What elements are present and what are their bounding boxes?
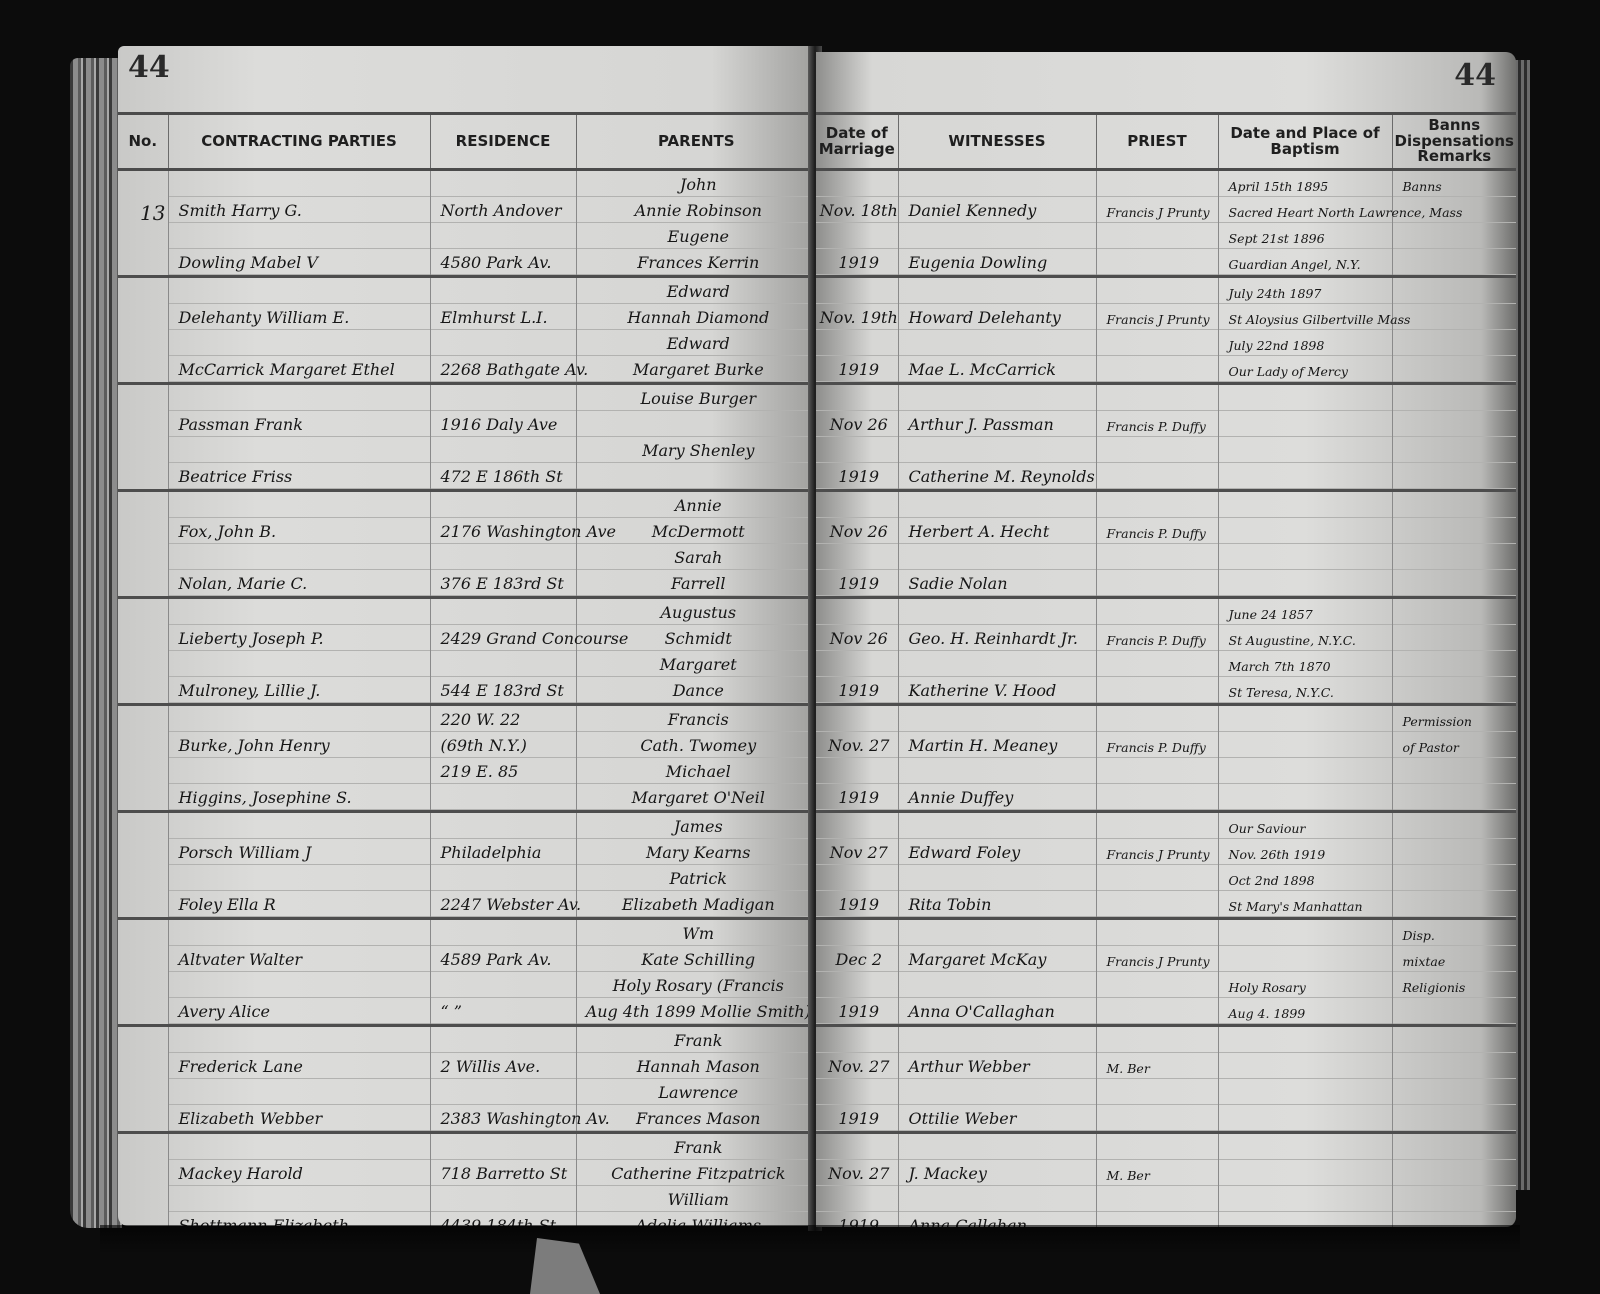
witnesses: Daniel KennedyEugenia Dowling (898, 170, 1096, 277)
contracting-parties-line (169, 437, 430, 463)
remarks-line: of Pastor (1393, 732, 1517, 758)
witnesses-line (899, 1134, 1096, 1160)
register-entry-left: Delehanty William E.McCarrick Margaret E… (118, 277, 816, 384)
entry-number-text (118, 385, 168, 489)
contracting-parties-line (169, 223, 430, 249)
date-of-marriage-line (816, 223, 898, 249)
priest-line (1097, 437, 1218, 463)
priest-line: Francis P. Duffy (1097, 411, 1218, 437)
parents-line: Michael (577, 758, 817, 784)
priest-line (1097, 865, 1218, 891)
parents-line: Edward (577, 278, 817, 304)
witnesses: Howard DelehantyMae L. McCarrick (898, 277, 1096, 384)
remarks-line (1393, 839, 1517, 865)
remarks (1392, 277, 1516, 384)
witnesses: Edward FoleyRita Tobin (898, 812, 1096, 919)
baptism-line (1219, 946, 1392, 972)
witnesses: J. MackeyAnna Callahan (898, 1133, 1096, 1228)
residence: Elmhurst L.I.2268 Bathgate Av. (430, 277, 576, 384)
date-of-marriage-line: Nov 26 (816, 625, 898, 651)
priest-line: Francis P. Duffy (1097, 625, 1218, 651)
date-of-marriage-line (816, 599, 898, 625)
priest-line: Francis J Prunty (1097, 197, 1218, 223)
date-of-marriage-line: Nov. 27 (816, 732, 898, 758)
baptism-line: Our Saviour (1219, 813, 1392, 839)
date-of-marriage-line (816, 813, 898, 839)
entry-number (118, 919, 168, 1026)
date-of-marriage-line (816, 920, 898, 946)
remarks-line (1393, 651, 1517, 677)
contracting-parties-line (169, 330, 430, 356)
witnesses-line: Geo. H. Reinhardt Jr. (899, 625, 1096, 651)
entry-number (118, 1133, 168, 1227)
ledger-right: Date of Marriage WITNESSES PRIEST Date a… (816, 112, 1516, 1227)
priest-line (1097, 492, 1218, 518)
witnesses: Arthur J. PassmanCatherine M. Reynolds (898, 384, 1096, 491)
page-bottom-shadow (100, 1225, 1520, 1255)
date-of-marriage-line (816, 758, 898, 784)
contracting-parties-line (169, 171, 430, 197)
parents-line: Kate Schilling (577, 946, 817, 972)
parents-line: Holy Rosary (Francis (577, 972, 817, 998)
header-remarks: Banns Dispensations Remarks (1392, 114, 1516, 170)
remarks-line (1393, 356, 1517, 382)
remarks-line (1393, 330, 1517, 356)
baptism (1218, 1026, 1392, 1133)
contracting-parties-line: Burke, John Henry (169, 732, 430, 758)
priest-line: Francis P. Duffy (1097, 732, 1218, 758)
header-residence: RESIDENCE (430, 114, 576, 170)
residence-line: 472 E 186th St (431, 463, 576, 489)
contracting-parties-line (169, 1079, 430, 1105)
contracting-parties: Fox, John B.Nolan, Marie C. (168, 491, 430, 598)
contracting-parties-line: Mulroney, Lillie J. (169, 677, 430, 703)
residence-line (431, 492, 576, 518)
contracting-parties-line: Elizabeth Webber (169, 1105, 430, 1131)
date-of-marriage-line: Nov. 27 (816, 1053, 898, 1079)
residence-line: Philadelphia (431, 839, 576, 865)
baptism-line: Oct 2nd 1898 (1219, 865, 1392, 891)
priest-line (1097, 599, 1218, 625)
entry-number (118, 491, 168, 598)
residence-line: 376 E 183rd St (431, 570, 576, 596)
parents: FrankHannah MasonLawrenceFrances Mason (576, 1026, 816, 1133)
date-of-marriage-line: Nov 27 (816, 839, 898, 865)
priest-line (1097, 1105, 1218, 1131)
register-entry-right: Nov. 271919J. MackeyAnna CallahanM. Ber (816, 1133, 1516, 1228)
priest-line: Francis P. Duffy (1097, 518, 1218, 544)
register-entry-left: 13Smith Harry G.Dowling Mabel VNorth And… (118, 170, 816, 277)
parents-line: Annie Robinson (577, 197, 817, 223)
remarks (1392, 598, 1516, 705)
baptism-line (1219, 784, 1392, 810)
register-entry-right: Nov 271919Edward FoleyRita TobinFrancis … (816, 812, 1516, 919)
residence: Philadelphia2247 Webster Av. (430, 812, 576, 919)
priest: Francis P. Duffy (1096, 491, 1218, 598)
residence-line: (69th N.Y.) (431, 732, 576, 758)
priest-line (1097, 706, 1218, 732)
residence-line: 718 Barretto St (431, 1160, 576, 1186)
contracting-parties-line: Smith Harry G. (169, 197, 430, 223)
page-edges (70, 58, 122, 1228)
priest: Francis J Prunty (1096, 170, 1218, 277)
contracting-parties-line (169, 492, 430, 518)
residence-line (431, 385, 576, 411)
witnesses-line: J. Mackey (899, 1160, 1096, 1186)
baptism: Holy RosaryAug 4. 1899 (1218, 919, 1392, 1026)
priest-line (1097, 677, 1218, 703)
header-contracting-parties: CONTRACTING PARTIES (168, 114, 430, 170)
parents-line: Margaret O'Neil (577, 784, 817, 810)
remarks-line (1393, 463, 1517, 489)
contracting-parties-line (169, 599, 430, 625)
witnesses-line: Anna O'Callaghan (899, 998, 1096, 1024)
left-page: 44 No. CONTRACTING PARTIES RESIDENCE PAR… (118, 46, 816, 1226)
baptism-line: Guardian Angel, N.Y. (1219, 249, 1392, 275)
residence-line: 1916 Daly Ave (431, 411, 576, 437)
parents-line: Catherine Fitzpatrick (577, 1160, 817, 1186)
witnesses-line: Katherine V. Hood (899, 677, 1096, 703)
parents-line: Frank (577, 1027, 817, 1053)
witnesses-line (899, 706, 1096, 732)
residence-line: 4580 Park Av. (431, 249, 576, 275)
entry-number (118, 384, 168, 491)
contracting-parties-line (169, 920, 430, 946)
witnesses-line (899, 813, 1096, 839)
date-of-marriage-line: 1919 (816, 1105, 898, 1131)
contracting-parties: Delehanty William E.McCarrick Margaret E… (168, 277, 430, 384)
residence: 2176 Washington Ave376 E 183rd St (430, 491, 576, 598)
priest-line (1097, 544, 1218, 570)
contracting-parties-line: Delehanty William E. (169, 304, 430, 330)
parents-line: Francis (577, 706, 817, 732)
remarks (1392, 491, 1516, 598)
baptism-line (1219, 385, 1392, 411)
baptism-line: St Aloysius Gilbertville Mass (1219, 304, 1392, 330)
priest-line (1097, 1079, 1218, 1105)
witnesses-line (899, 544, 1096, 570)
parents-line: Farrell (577, 570, 817, 596)
entry-number-text (118, 1134, 168, 1226)
date-of-marriage-line (816, 437, 898, 463)
date-of-marriage-line (816, 1134, 898, 1160)
witnesses-line (899, 437, 1096, 463)
witnesses-line (899, 278, 1096, 304)
residence-line (431, 1027, 576, 1053)
register-entry-left: Passman FrankBeatrice Friss1916 Daly Ave… (118, 384, 816, 491)
contracting-parties-line: Porsch William J (169, 839, 430, 865)
contracting-parties: Frederick LaneElizabeth Webber (168, 1026, 430, 1133)
entry-number-text (118, 492, 168, 596)
baptism-line (1219, 1186, 1392, 1212)
date-of-marriage-line (816, 1079, 898, 1105)
baptism: Our SaviourNov. 26th 1919Oct 2nd 1898St … (1218, 812, 1392, 919)
parents-line: James (577, 813, 817, 839)
parents-line: Margaret (577, 651, 817, 677)
register-entry-left: Mackey HaroldShottmann Elizabeth718 Barr… (118, 1133, 816, 1227)
baptism (1218, 491, 1392, 598)
register-entry-right: Nov 261919Herbert A. HechtSadie NolanFra… (816, 491, 1516, 598)
remarks-line (1393, 249, 1517, 275)
residence-line: 4589 Park Av. (431, 946, 576, 972)
parents-line: Elizabeth Madigan (577, 891, 817, 917)
witnesses-line: Margaret McKay (899, 946, 1096, 972)
register-entry-left: Lieberty Joseph P.Mulroney, Lillie J.242… (118, 598, 816, 705)
baptism-line (1219, 1079, 1392, 1105)
residence-line (431, 223, 576, 249)
residence-line: 2383 Washington Av. (431, 1105, 576, 1131)
priest: Francis J Prunty (1096, 812, 1218, 919)
priest-line (1097, 570, 1218, 596)
witnesses-line: Daniel Kennedy (899, 197, 1096, 223)
date-of-marriage-line: 1919 (816, 998, 898, 1024)
witnesses: Herbert A. HechtSadie Nolan (898, 491, 1096, 598)
residence-line (431, 330, 576, 356)
residence-line (431, 1134, 576, 1160)
register-entry-right: Nov. 271919Arthur WebberOttilie WeberM. … (816, 1026, 1516, 1133)
page-number-left: 44 (128, 50, 170, 85)
residence-line: 220 W. 22 (431, 706, 576, 732)
contracting-parties-line: McCarrick Margaret Ethel (169, 356, 430, 382)
residence-line (431, 544, 576, 570)
header-baptism: Date and Place of Baptism (1218, 114, 1392, 170)
priest-line (1097, 1186, 1218, 1212)
witnesses: Martin H. MeaneyAnnie Duffey (898, 705, 1096, 812)
priest-line (1097, 171, 1218, 197)
baptism-line (1219, 1105, 1392, 1131)
contracting-parties-line: Mackey Harold (169, 1160, 430, 1186)
parents-line: Mary Shenley (577, 437, 817, 463)
witnesses-line (899, 972, 1096, 998)
priest: Francis P. Duffy (1096, 705, 1218, 812)
remarks-line (1393, 1134, 1517, 1160)
register-entry-left: Fox, John B.Nolan, Marie C.2176 Washingt… (118, 491, 816, 598)
baptism-line (1219, 437, 1392, 463)
baptism-line: Sept 21st 1896 (1219, 223, 1392, 249)
baptism-line: Holy Rosary (1219, 972, 1392, 998)
priest: Francis P. Duffy (1096, 598, 1218, 705)
parents-line: Mary Kearns (577, 839, 817, 865)
residence-line: 2176 Washington Ave (431, 518, 576, 544)
baptism-line (1219, 1134, 1392, 1160)
parents-line: Louise Burger (577, 385, 817, 411)
baptism-line: July 22nd 1898 (1219, 330, 1392, 356)
parents-line: Margaret Burke (577, 356, 817, 382)
remarks-line (1393, 998, 1517, 1024)
parents-line: Eugene (577, 223, 817, 249)
parents: FrancisCath. TwomeyMichaelMargaret O'Nei… (576, 705, 816, 812)
contracting-parties-line: Fox, John B. (169, 518, 430, 544)
priest-line: Francis J Prunty (1097, 839, 1218, 865)
remarks-line (1393, 758, 1517, 784)
baptism-line: St Augustine, N.Y.C. (1219, 625, 1392, 651)
header-no: No. (118, 114, 168, 170)
residence-line (431, 171, 576, 197)
remarks-line (1393, 223, 1517, 249)
witnesses-line (899, 920, 1096, 946)
date-of-marriage-line: Nov 26 (816, 518, 898, 544)
priest-line: M. Ber (1097, 1053, 1218, 1079)
witnesses-line (899, 1027, 1096, 1053)
baptism-line (1219, 758, 1392, 784)
witnesses: Geo. H. Reinhardt Jr.Katherine V. Hood (898, 598, 1096, 705)
date-of-marriage-line: Dec 2 (816, 946, 898, 972)
baptism-line (1219, 706, 1392, 732)
contracting-parties-line (169, 1134, 430, 1160)
register-entry-left: Frederick LaneElizabeth Webber2 Willis A… (118, 1026, 816, 1133)
register-entry-right: Nov 261919Arthur J. PassmanCatherine M. … (816, 384, 1516, 491)
remarks-line (1393, 625, 1517, 651)
witnesses-line (899, 865, 1096, 891)
remarks-line (1393, 1027, 1517, 1053)
remarks-line (1393, 544, 1517, 570)
register-entry-left: Burke, John HenryHiggins, Josephine S.22… (118, 705, 816, 812)
baptism (1218, 384, 1392, 491)
priest-line (1097, 330, 1218, 356)
baptism-line: St Mary's Manhattan (1219, 891, 1392, 917)
baptism-line: St Teresa, N.Y.C. (1219, 677, 1392, 703)
residence-line (431, 865, 576, 891)
witnesses-line (899, 171, 1096, 197)
witnesses-line: Arthur Webber (899, 1053, 1096, 1079)
register-entry-right: Nov. 19th1919Howard DelehantyMae L. McCa… (816, 277, 1516, 384)
witnesses-line (899, 223, 1096, 249)
residence-line (431, 972, 576, 998)
priest-line: Francis J Prunty (1097, 946, 1218, 972)
remarks (1392, 1026, 1516, 1133)
baptism-line (1219, 463, 1392, 489)
baptism-line (1219, 544, 1392, 570)
residence-line: 2 Willis Ave. (431, 1053, 576, 1079)
priest-line (1097, 651, 1218, 677)
parents-line: Schmidt (577, 625, 817, 651)
baptism (1218, 1133, 1392, 1228)
date-of-marriage-line: 1919 (816, 891, 898, 917)
contracting-parties-line: Frederick Lane (169, 1053, 430, 1079)
baptism-line: Aug 4. 1899 (1219, 998, 1392, 1024)
priest-line (1097, 1027, 1218, 1053)
remarks-line (1393, 1079, 1517, 1105)
date-of-marriage-line (816, 972, 898, 998)
residence-line (431, 813, 576, 839)
witnesses-line (899, 330, 1096, 356)
residence: North Andover4580 Park Av. (430, 170, 576, 277)
remarks-line (1393, 1105, 1517, 1131)
priest-line (1097, 920, 1218, 946)
parents: WmKate SchillingHoly Rosary (FrancisAug … (576, 919, 816, 1026)
date-of-marriage-line (816, 330, 898, 356)
remarks-line: Banns (1393, 171, 1517, 197)
witnesses-line (899, 758, 1096, 784)
date-of-marriage-line: 1919 (816, 356, 898, 382)
entry-number: 13 (118, 170, 168, 277)
entry-number-text (118, 599, 168, 703)
register-entry-right: Nov. 271919Martin H. MeaneyAnnie DuffeyF… (816, 705, 1516, 812)
contracting-parties-line: Altvater Walter (169, 946, 430, 972)
remarks: Disp.mixtaeReligionis (1392, 919, 1516, 1026)
parents-line (577, 463, 817, 489)
entry-number-text (118, 278, 168, 382)
baptism-line (1219, 411, 1392, 437)
witnesses-line: Catherine M. Reynolds (899, 463, 1096, 489)
residence-line (431, 278, 576, 304)
date-of-marriage-line: 1919 (816, 677, 898, 703)
register-book: 44 No. CONTRACTING PARTIES RESIDENCE PAR… (0, 0, 1600, 1294)
remarks-line (1393, 518, 1517, 544)
baptism-line (1219, 518, 1392, 544)
baptism-line: March 7th 1870 (1219, 651, 1392, 677)
residence-line: 2247 Webster Av. (431, 891, 576, 917)
remarks-line: Religionis (1393, 972, 1517, 998)
baptism-line: Our Lady of Mercy (1219, 356, 1392, 382)
date-of-marriage: Nov 261919 (816, 491, 898, 598)
remarks-line (1393, 784, 1517, 810)
priest-line (1097, 385, 1218, 411)
contracting-parties-line (169, 1186, 430, 1212)
parents-line: John (577, 171, 817, 197)
residence: 2429 Grand Concourse544 E 183rd St (430, 598, 576, 705)
witnesses-line: Annie Duffey (899, 784, 1096, 810)
residence-line: 4439 184th St (431, 1212, 576, 1226)
residence-line: Elmhurst L.I. (431, 304, 576, 330)
date-of-marriage-line (816, 1027, 898, 1053)
baptism-line: April 15th 1895 (1219, 171, 1392, 197)
contracting-parties: Smith Harry G.Dowling Mabel V (168, 170, 430, 277)
parents: JamesMary KearnsPatrickElizabeth Madigan (576, 812, 816, 919)
date-of-marriage-line (816, 865, 898, 891)
entry-number (118, 1026, 168, 1133)
priest-line (1097, 223, 1218, 249)
contracting-parties-line (169, 651, 430, 677)
priest-line (1097, 758, 1218, 784)
date-of-marriage: Nov 261919 (816, 598, 898, 705)
baptism-line (1219, 920, 1392, 946)
header-parents: PARENTS (576, 114, 816, 170)
parents-line: Edward (577, 330, 817, 356)
residence: 2 Willis Ave.2383 Washington Av. (430, 1026, 576, 1133)
contracting-parties-line (169, 278, 430, 304)
date-of-marriage-line: 1919 (816, 784, 898, 810)
parents-line: William (577, 1186, 817, 1212)
residence-line (431, 920, 576, 946)
remarks-line (1393, 813, 1517, 839)
remarks-line (1393, 599, 1517, 625)
entry-number-text (118, 706, 168, 810)
entry-number (118, 812, 168, 919)
remarks-line (1393, 304, 1517, 330)
residence-line (431, 599, 576, 625)
parents-line: Wm (577, 920, 817, 946)
contracting-parties-line: Passman Frank (169, 411, 430, 437)
baptism-line: Sacred Heart North Lawrence, Mass (1219, 197, 1392, 223)
contracting-parties-line (169, 813, 430, 839)
residence-line (431, 784, 576, 810)
date-of-marriage-line: Nov 26 (816, 411, 898, 437)
witnesses-line: Ottilie Weber (899, 1105, 1096, 1131)
header-date-of-marriage: Date of Marriage (816, 114, 898, 170)
residence-line: “ ” (431, 998, 576, 1024)
witnesses-line: Sadie Nolan (899, 570, 1096, 596)
baptism-line (1219, 1053, 1392, 1079)
parents-line: McDermott (577, 518, 817, 544)
witnesses-line: Martin H. Meaney (899, 732, 1096, 758)
baptism-line: July 24th 1897 (1219, 278, 1392, 304)
ledger-left: No. CONTRACTING PARTIES RESIDENCE PARENT… (118, 112, 816, 1226)
date-of-marriage-line (816, 278, 898, 304)
remarks-line (1393, 492, 1517, 518)
date-of-marriage: Nov 261919 (816, 384, 898, 491)
baptism-line (1219, 1027, 1392, 1053)
